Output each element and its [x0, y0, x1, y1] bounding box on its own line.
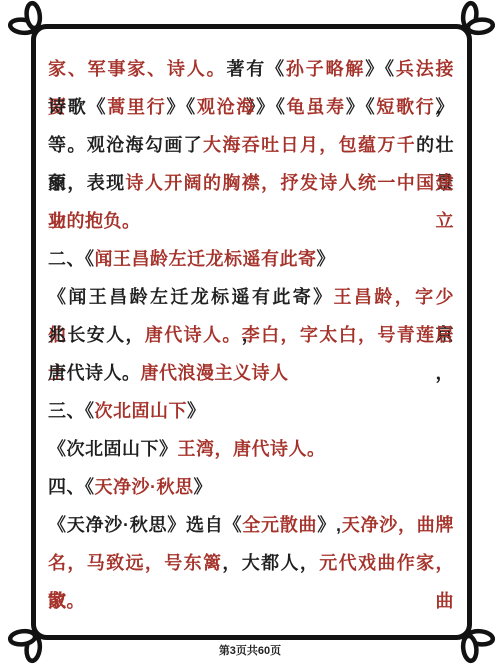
text-segment: 兆长安人， [48, 325, 145, 345]
text-segment: 》, [317, 515, 341, 535]
text-line: 三、《次北固山下》 [48, 392, 454, 430]
text-segment: 闻王昌龄左迁龙标遥有此寄 [95, 249, 317, 269]
text-segment: 业的抱负。 [48, 211, 141, 231]
text-segment: 大海吞吐日月，包蕴万千 [203, 135, 416, 155]
text-segment: 诗歌《 [48, 97, 107, 117]
text-line: 等。观沧海勾画了大海吞吐日月，包蕴万千的壮丽景 [48, 126, 454, 164]
text-segment: 天净沙，曲牌 [342, 515, 455, 535]
text-segment: 》《 [365, 59, 396, 79]
text-segment: 《天净沙·秋思》选自《 [48, 515, 242, 535]
corner-knot-top-left-icon [4, 0, 52, 45]
page-number: 第3页共60页 [0, 642, 500, 658]
corner-knot-top-right-icon [451, 0, 499, 45]
note-page: 家、军事家、诗人。著有《孙子略解》《兵法接要》，诗歌《蒿里行》《观沧海》《龟虽寿… [0, 0, 500, 668]
text-segment: 全元散曲 [242, 515, 317, 535]
text-segment: ，大都人， [222, 553, 319, 573]
text-segment: 四、《 [48, 477, 95, 497]
text-segment: 《闻王昌龄左迁龙标遥有此寄》 [48, 287, 334, 307]
text-segment: 孙子略解 [286, 59, 365, 79]
text-segment: 》《 [256, 97, 286, 117]
text-segment: 》 [194, 477, 213, 497]
text-segment: 次北固山下 [95, 401, 188, 421]
text-segment: 》《 [166, 97, 196, 117]
text-segment: 王湾，唐代诗人。 [178, 439, 326, 459]
text-segment: 二、《 [48, 249, 95, 269]
text-line: 家、军事家、诗人。著有《孙子略解》《兵法接要》， [48, 50, 454, 88]
text-segment: 家、军事家、诗人。 [48, 59, 226, 79]
text-segment: 唐代诗人。 [48, 363, 141, 383]
text-segment: 》 [187, 401, 206, 421]
text-segment: 短歌行 [376, 97, 435, 117]
text-line: 象，表现诗人开阔的胸襟，抒发诗人统一中国建功立 [48, 164, 454, 202]
text-segment: 天净沙·秋思 [95, 477, 194, 497]
text-segment: 唐代浪漫主义诗人 [141, 363, 289, 383]
text-line: 《次北固山下》王湾，唐代诗人。 [48, 430, 454, 468]
text-segment: 》《 [346, 97, 376, 117]
text-segment: ， [436, 363, 455, 383]
text-line: 《天净沙·秋思》选自《全元散曲》,天净沙，曲牌 [48, 506, 454, 544]
document-body: 家、军事家、诗人。著有《孙子略解》《兵法接要》，诗歌《蒿里行》《观沧海》《龟虽寿… [48, 50, 454, 620]
text-segment: 龟虽寿 [287, 97, 346, 117]
text-segment: 》 [436, 97, 455, 117]
text-segment: 三、《 [48, 401, 95, 421]
text-segment: 象，表现 [48, 173, 126, 193]
text-line: 《闻王昌龄左迁龙标遥有此寄》王昌龄，字少伯，京 [48, 278, 454, 316]
text-segment: 著有《 [226, 59, 285, 79]
text-segment: 名，马致远，号东篱 [48, 553, 222, 573]
text-segment: 》 [317, 249, 336, 269]
text-line: 二、《闻王昌龄左迁龙标遥有此寄》 [48, 240, 454, 278]
text-line: 兆长安人，唐代诗人。李白，字太白，号青莲居士， [48, 316, 454, 354]
text-segment: 蒿里行 [107, 97, 166, 117]
text-line: 诗歌《蒿里行》《观沧海》《龟虽寿》《短歌行》 [48, 88, 454, 126]
text-segment: 《次北固山下》 [48, 439, 178, 459]
text-segment: 家。 [48, 591, 85, 611]
text-line: 四、《天净沙·秋思》 [48, 468, 454, 506]
text-line: 名，马致远，号东篱，大都人，元代戏曲作家，散曲 [48, 544, 454, 582]
text-segment: 观沧海 [197, 97, 256, 117]
text-segment: 等。观沧海勾画了 [48, 135, 203, 155]
